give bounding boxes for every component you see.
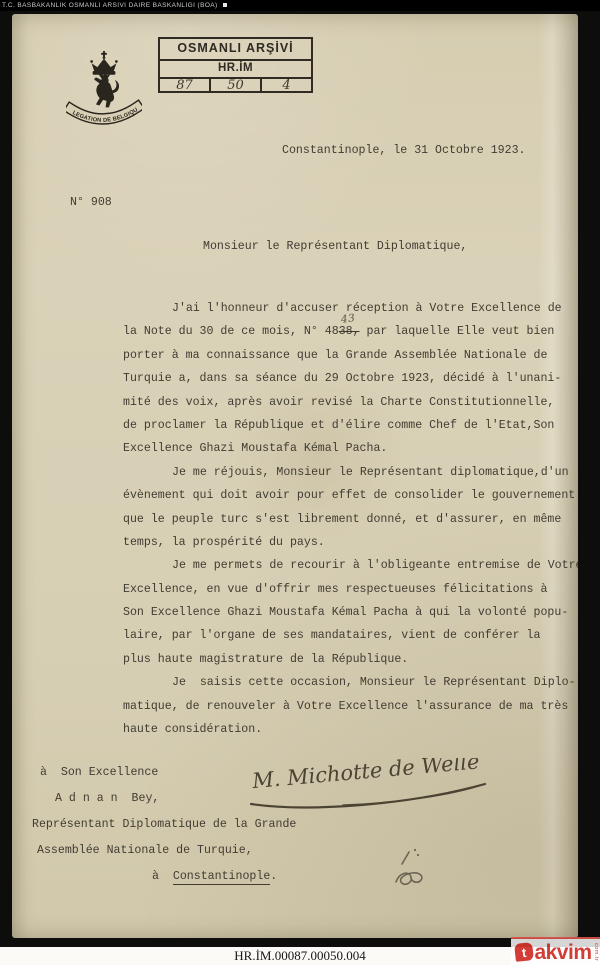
takvim-logo-text: akvim xyxy=(534,942,591,963)
lion-rampant-icon xyxy=(95,73,119,107)
addressee-title-line: Représentant Diplomatique de la Grande xyxy=(32,812,296,838)
signature-flourish-return xyxy=(343,784,485,805)
body-line: Excellence Ghazi Moustafa Kémal Pacha. xyxy=(123,437,578,460)
body-line: Je saisis cette occasion, Monsieur le Re… xyxy=(123,671,578,694)
letter-number: N° 908 xyxy=(70,196,112,209)
takvim-watermark: t akvim com.tr xyxy=(511,937,600,965)
catalog-reference-bar: HR.İM.00087.00050.004 xyxy=(0,947,600,965)
catalog-reference: HR.İM.00087.00050.004 xyxy=(234,948,365,963)
body-line: de proclamer la République et d'élire co… xyxy=(123,414,578,437)
archive-header-text: T.C. BASBAKANLIK OSMANLI ARSIVI DAIRE BA… xyxy=(2,2,218,9)
stamp-archive-name: OSMANLI ARŞİVİ xyxy=(160,39,311,61)
body-line: plus haute magistrature de la République… xyxy=(123,648,578,671)
takvim-domain-text: com.tr xyxy=(593,943,599,961)
body-line: Excellence, en vue d'offrir mes respectu… xyxy=(123,578,578,601)
body-line: matique, de renouveler à Votre Excellenc… xyxy=(123,695,578,718)
body-line: que le peuple turc s'est librement donné… xyxy=(123,508,578,531)
addressee-city-prefix: à xyxy=(152,870,173,883)
body-line-with-correction: la Note du 30 de ce mois, N° 484338, par… xyxy=(123,320,578,343)
crown-icon xyxy=(90,51,117,75)
corrected-number: 4338, xyxy=(339,320,360,343)
addressee-title-line: Assemblée Nationale de Turquie, xyxy=(37,838,296,864)
body-text: par laquelle Elle veut bien xyxy=(360,325,555,338)
body-line: évènement qui doit avoir pour effet de c… xyxy=(123,484,578,507)
handwritten-correction: 43 xyxy=(339,308,356,333)
body-line: Turquie a, dans sa séance du 29 Octobre … xyxy=(123,367,578,390)
addressee-city-suffix: . xyxy=(270,870,277,883)
stamp-dosya-number: 87 xyxy=(160,79,209,93)
archive-stamp: OSMANLI ARŞİVİ HR.İM 87 50 4 xyxy=(158,37,313,93)
body-line: Je me réjouis, Monsieur le Représentant … xyxy=(123,461,578,484)
letter-page: LEGATION DE BELGIQUE OSMANLI ARŞİVİ HR.İ… xyxy=(12,14,578,938)
signature-name: M. Michotte de Welle xyxy=(250,758,480,793)
salutation-line: Monsieur le Représentant Diplomatique, xyxy=(203,240,467,253)
stamp-sira-number: 4 xyxy=(260,79,311,93)
addressee-city-line: à Constantinople. xyxy=(152,864,296,890)
body-line: temps, la prospérité du pays. xyxy=(123,531,578,554)
body-line: Son Excellence Ghazi Moustafa Kémal Pach… xyxy=(123,601,578,624)
body-line: haute considération. xyxy=(123,718,578,741)
stamp-gomlek-number: 50 xyxy=(209,79,260,93)
addressee-city: Constantinople xyxy=(173,870,270,885)
body-line: laire, par l'organe de ses mandataires, … xyxy=(123,624,578,647)
stamp-number-row: 87 50 4 xyxy=(160,79,311,93)
stamp-fond-code: HR.İM xyxy=(160,61,311,79)
belgian-legation-emblem: LEGATION DE BELGIQUE xyxy=(66,48,142,130)
body-line: porter à ma connaissance que la Grande A… xyxy=(123,344,578,367)
body-line: Je me permets de recourir à l'obligeante… xyxy=(123,554,578,577)
square-bullet-icon xyxy=(223,3,227,7)
signature-michotte-de-welle: M. Michotte de Welle xyxy=(245,758,497,814)
takvim-logo-icon: t xyxy=(515,942,535,962)
letter-body: J'ai l'honneur d'accuser réception à Vot… xyxy=(123,297,578,741)
ottoman-pencil-note xyxy=(388,846,434,896)
body-text: la Note du 30 de ce mois, N° 48 xyxy=(123,325,339,338)
body-line: mité des voix, après avoir revisé la Cha… xyxy=(123,391,578,414)
archive-header-bar: T.C. BASBAKANLIK OSMANLI ARSIVI DAIRE BA… xyxy=(0,0,600,11)
place-date-line: Constantinople, le 31 Octobre 1923. xyxy=(282,144,526,157)
